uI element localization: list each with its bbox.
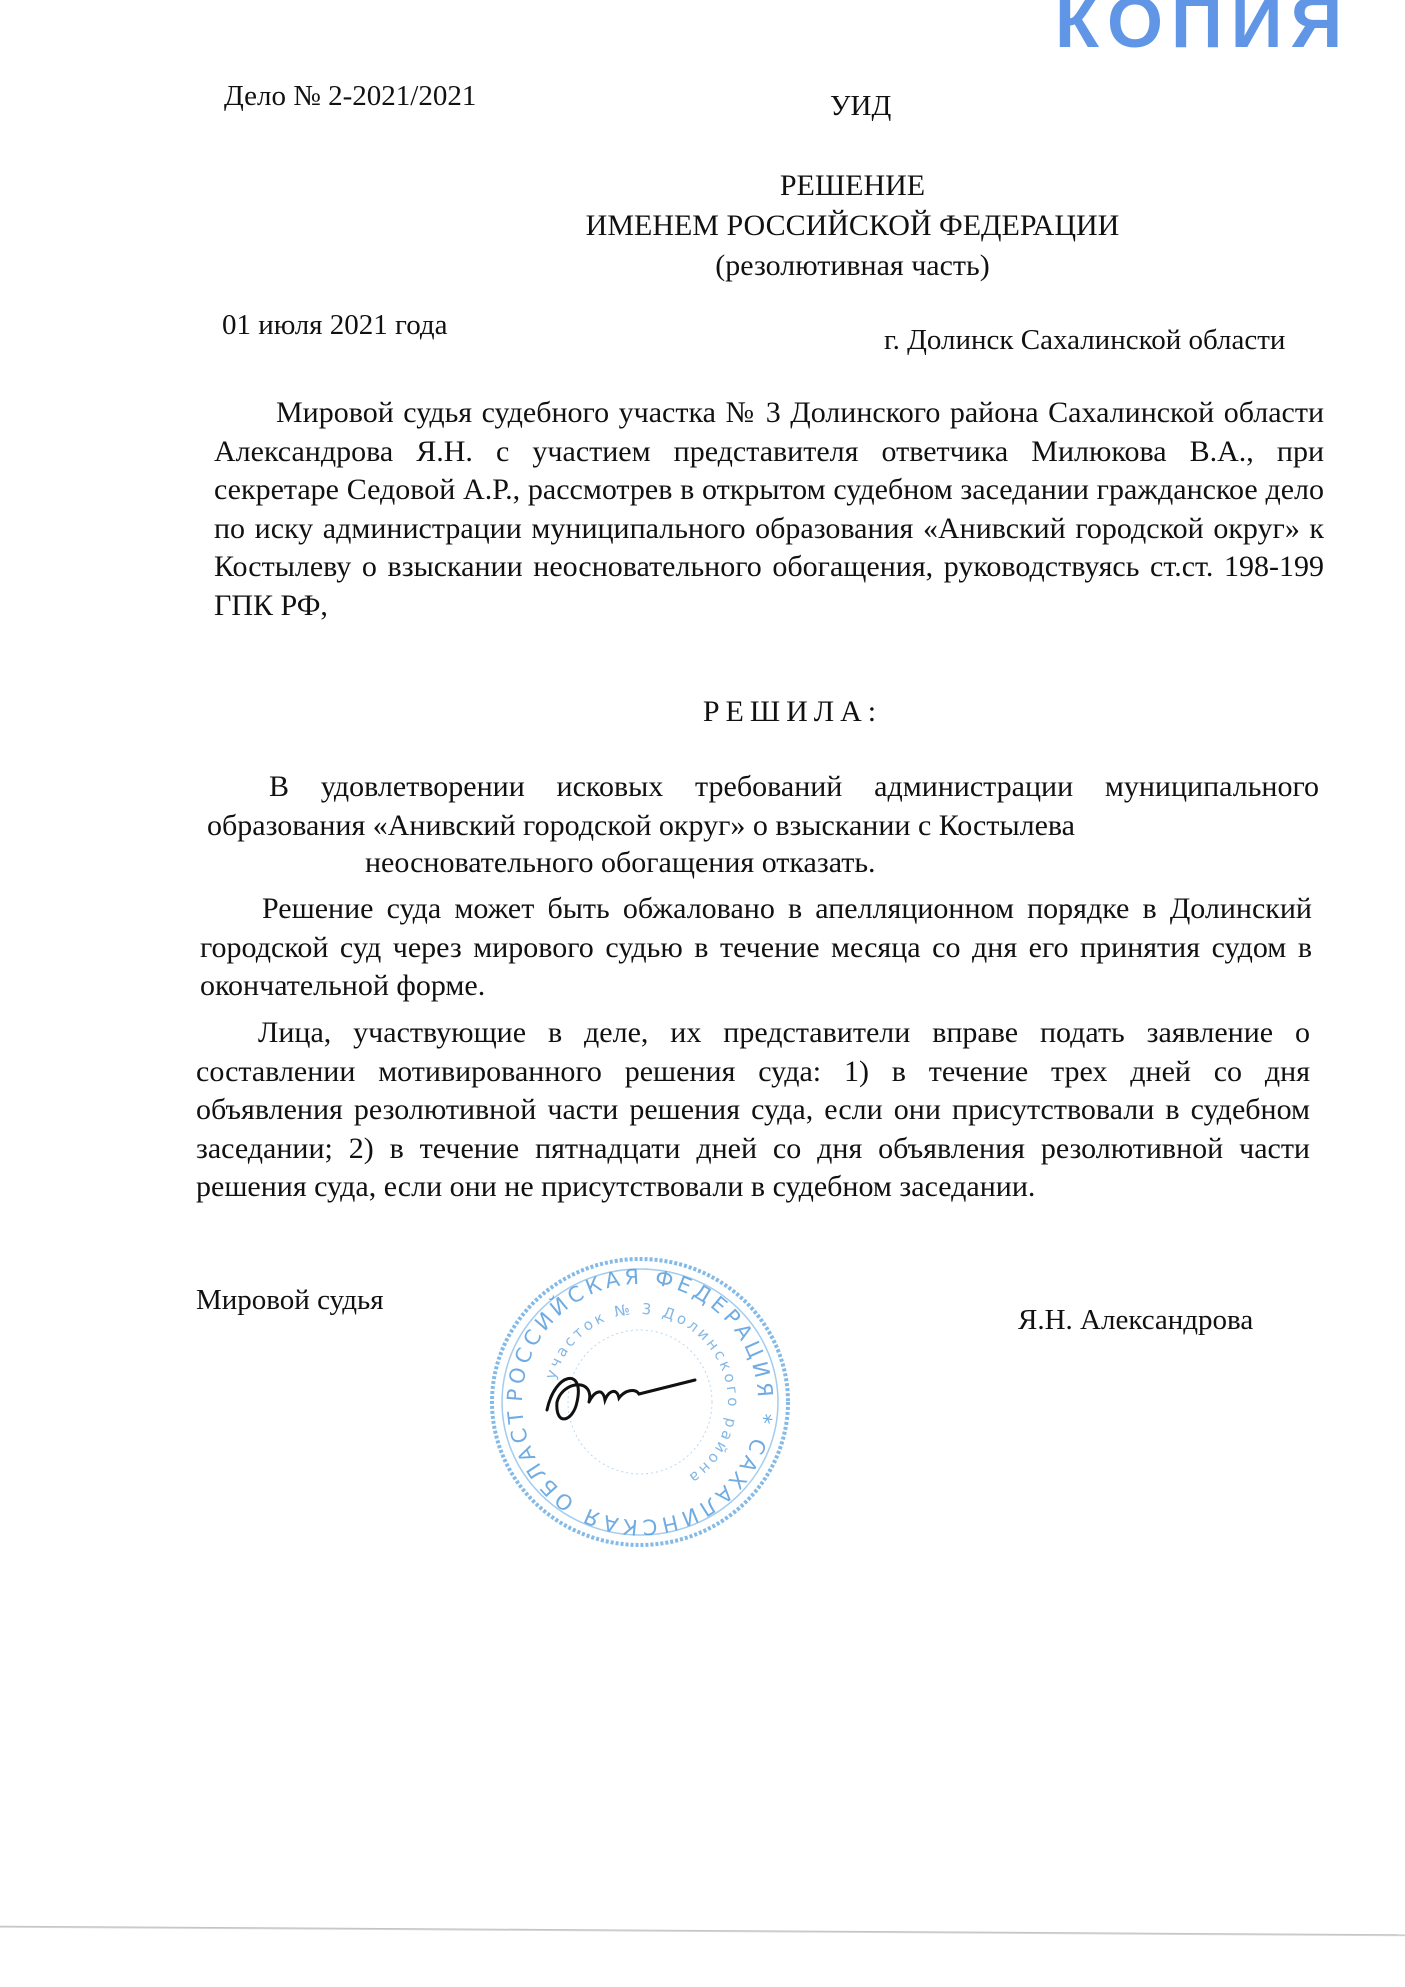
decision-text-2: Решение суда может быть обжаловано в апе… [200,892,1312,1002]
official-seal-icon: РОССИЙСКАЯ ФЕДЕРАЦИЯ * САХАЛИНСКАЯ ОБЛАС… [485,1252,795,1552]
copy-stamp: КОПИЯ [1055,0,1350,64]
document-title: РЕШЕНИЕ ИМЕНЕМ РОССИЙСКОЙ ФЕДЕРАЦИИ (рез… [0,166,1405,286]
decision-paragraph-3: Лица, участвующие в деле, их представите… [196,1014,1310,1207]
decision-text-3: Лица, участвующие в деле, их представите… [196,1016,1310,1203]
case-number: Дело № 2-2021/2021 [224,82,476,111]
decision-date: 01 июля 2021 года [222,311,448,340]
decision-place: г. Долинск Сахалинской области [884,326,1285,355]
intro-text: Мировой судья судебного участка № 3 Доли… [214,396,1324,622]
decision-text-1: В удовлетворении исковых требований адми… [207,770,1319,842]
title-decision: РЕШЕНИЕ [0,166,1405,206]
decision-paragraph-2: Решение суда может быть обжаловано в апе… [200,890,1312,1006]
decision-paragraph-1-end: неосновательного обогащения отказать. [365,848,876,878]
resolved-heading: РЕШИЛА: [0,695,1405,729]
judge-position: Мировой судья [196,1286,384,1315]
decision-paragraph-1: В удовлетворении исковых требований адми… [207,768,1319,845]
title-in-the-name: ИМЕНЕМ РОССИЙСКОЙ ФЕДЕРАЦИИ [0,206,1405,246]
judge-name: Я.Н. Александрова [1018,1306,1253,1335]
page-bottom-border [0,1926,1405,1937]
intro-paragraph: Мировой судья судебного участка № 3 Доли… [214,394,1324,625]
court-decision-page: КОПИЯ Дело № 2-2021/2021 УИД РЕШЕНИЕ ИМЕ… [0,0,1405,1987]
title-operative-part: (резолютивная часть) [0,246,1405,286]
uid-label: УИД [830,92,891,121]
